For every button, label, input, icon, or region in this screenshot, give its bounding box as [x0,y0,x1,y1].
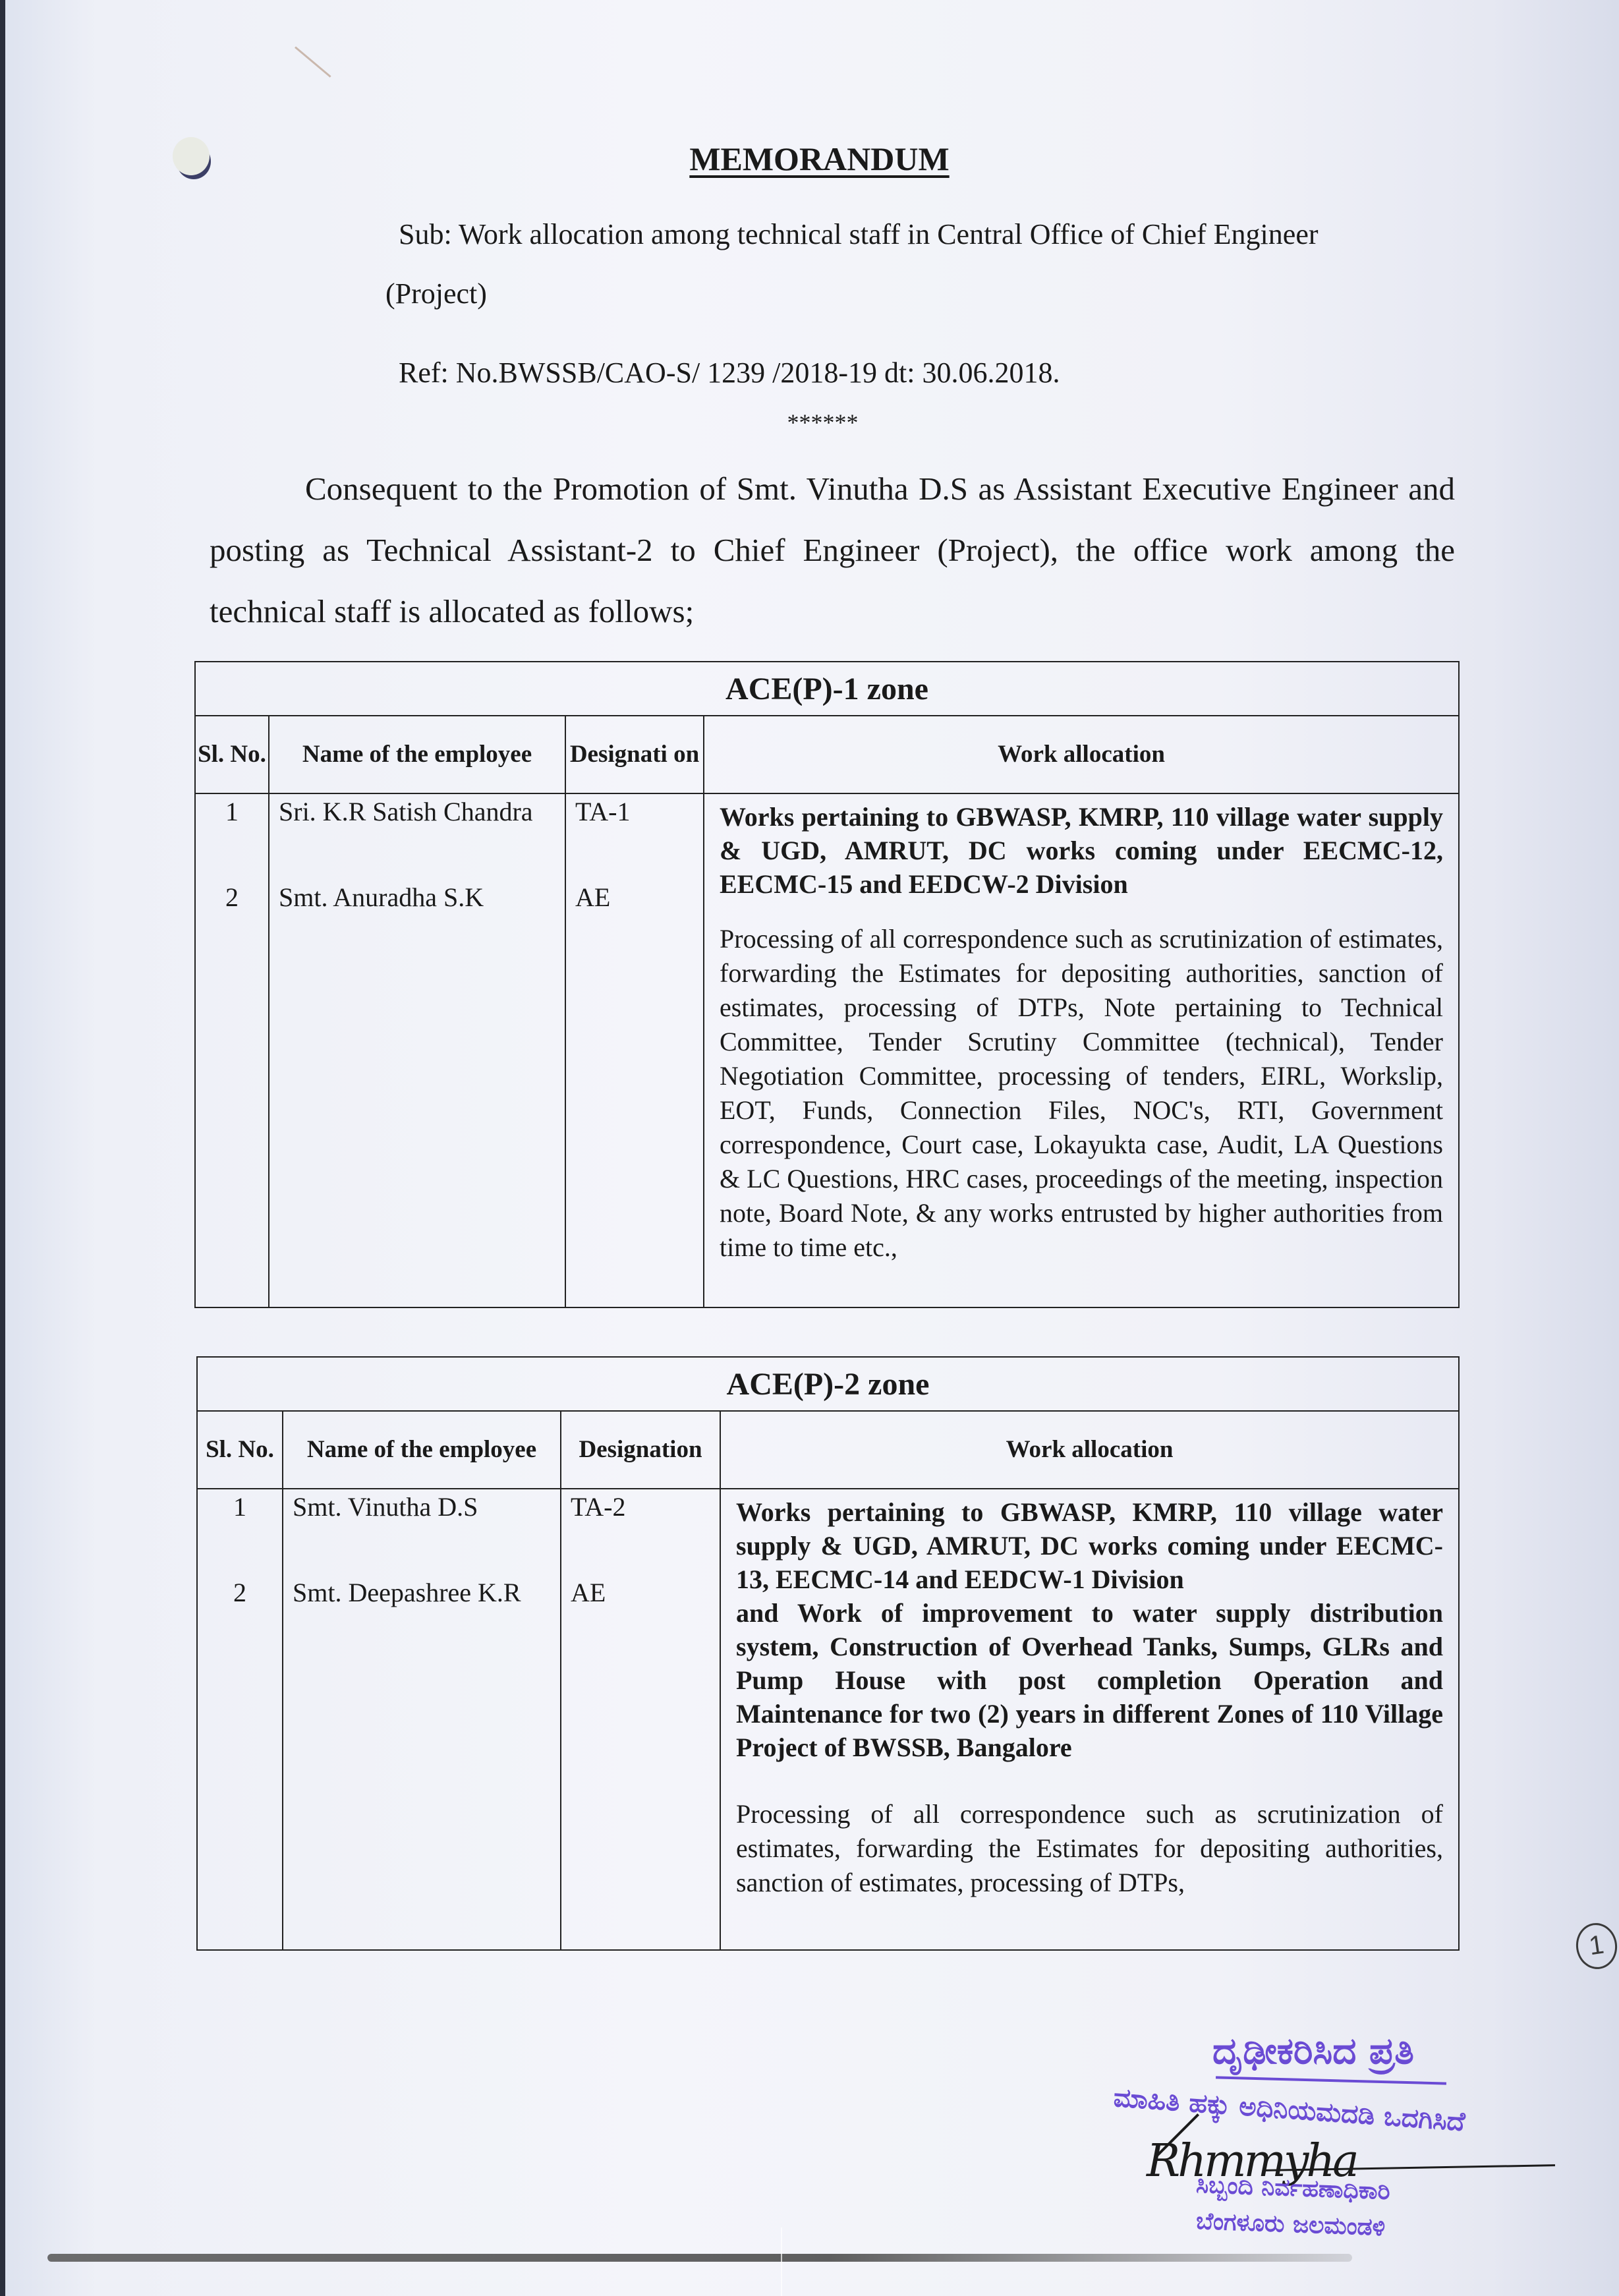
header-work-allocation: Work allocation [720,1411,1459,1489]
zone-2-table: ACE(P)-2 zone Sl. No. Name of the employ… [196,1356,1460,1951]
designation-value: AE [571,1576,719,1610]
sl-value: 2 [196,880,268,915]
page-number: 1 [1573,1920,1619,1972]
designation-column: TA-2 AE [561,1489,720,1950]
zone-title: ACE(P)-1 zone [195,662,1459,716]
work-allocation-cell: Works pertaining to GBWASP, KMRP, 110 vi… [704,793,1459,1307]
scan-fold-line [781,2227,782,2296]
zone-title: ACE(P)-2 zone [197,1357,1459,1411]
page-bottom-rule [47,2254,1352,2262]
work-allocation-cell: Works pertaining to GBWASP, KMRP, 110 vi… [720,1489,1459,1950]
employee-name: Smt. Vinutha D.S [293,1490,559,1524]
work-allocation-additional: and Work of improvement to water supply … [722,1596,1458,1764]
header-name: Name of the employee [269,716,565,793]
designation-value: TA-1 [575,795,702,829]
sl-value: 1 [196,795,268,829]
subject-line-continued: (Project) [385,277,487,310]
employee-name: Smt. Anuradha S.K [279,880,564,915]
scan-edge [0,0,5,2296]
name-column: Sri. K.R Satish Chandra Smt. Anuradha S.… [269,793,565,1307]
work-allocation-summary: Works pertaining to GBWASP, KMRP, 110 vi… [705,795,1458,901]
header-name: Name of the employee [283,1411,561,1489]
intro-paragraph: Consequent to the Promotion of Smt. Vinu… [210,458,1455,642]
sl-column: 1 2 [195,793,269,1307]
stamp-underline [1216,2076,1446,2084]
designation-value: AE [575,880,702,915]
separator: ****** [0,409,1619,436]
work-allocation-details: Processing of all correspondence such as… [722,1764,1458,1900]
rti-stamp-line: ಮಾಹಿತಿ ಹಕ್ಕು ಅಧಿನಿಯಮದಡಿ ಒದಗಿಸಿದೆ [1112,2082,1465,2137]
work-allocation-details: Processing of all correspondence such as… [705,901,1458,1265]
reference-line: Ref: No.BWSSB/CAO-S/ 1239 /2018-19 dt: 3… [399,356,1060,389]
subject-line: Sub: Work allocation among technical sta… [399,217,1319,251]
header-sl-no: Sl. No. [197,1411,283,1489]
header-designation: Designation [561,1411,720,1489]
sl-value: 2 [198,1576,281,1610]
employee-name: Smt. Deepashree K.R [293,1576,559,1610]
organization-stamp: ಬೆಂಗಳೂರು ಜಲಮಂಡಳಿ [1195,2208,1386,2242]
employee-name: Sri. K.R Satish Chandra [279,795,564,829]
designation-column: TA-1 AE [565,793,704,1307]
header-work-allocation: Work allocation [704,716,1459,793]
document-title: MEMORANDUM [0,140,1619,178]
name-column: Smt. Vinutha D.S Smt. Deepashree K.R [283,1489,561,1950]
officer-designation-stamp: ಸಿಬ್ಬಂದಿ ನಿರ್ವಹಣಾಧಿಕಾರಿ [1195,2171,1390,2206]
intro-text: Consequent to the Promotion of Smt. Vinu… [210,471,1455,629]
sl-column: 1 2 [197,1489,283,1950]
zone-1-table: ACE(P)-1 zone Sl. No. Name of the employ… [194,661,1460,1308]
sl-value: 1 [198,1490,281,1524]
designation-value: TA-2 [571,1490,719,1524]
header-sl-no: Sl. No. [195,716,269,793]
attested-copy-stamp-heading: ದೃಢೀಕರಿಸಿದ ಪ್ರತಿ [1212,2030,1414,2073]
scan-mark [295,46,331,77]
work-allocation-summary: Works pertaining to GBWASP, KMRP, 110 vi… [722,1490,1458,1596]
header-designation: Designati on [565,716,704,793]
